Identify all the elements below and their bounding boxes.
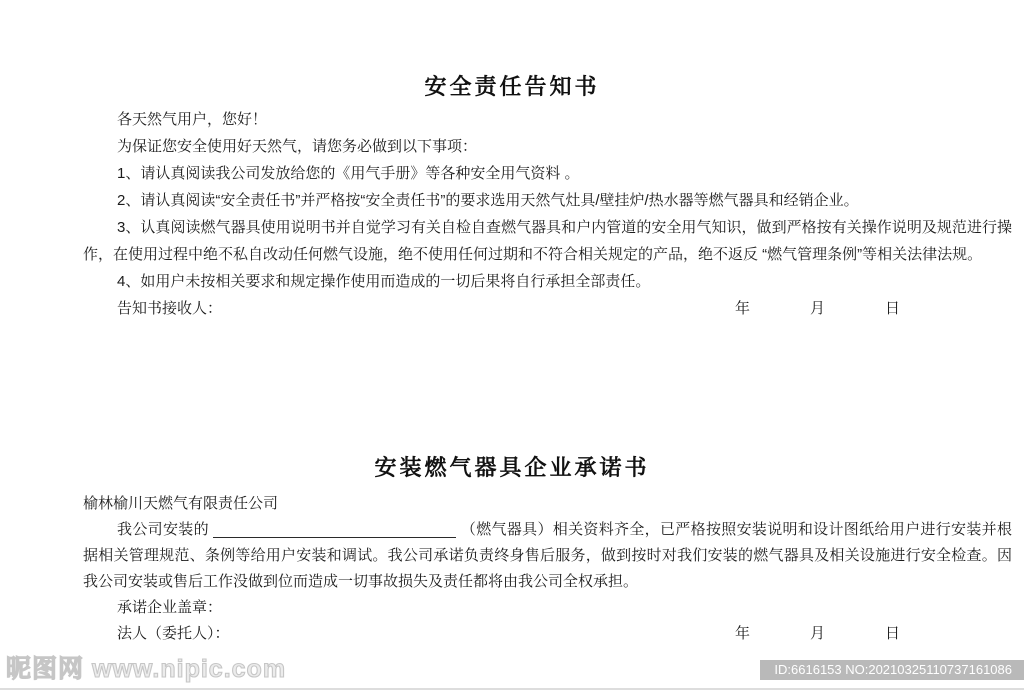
nipic-watermark-logo: 昵图网www.nipic.com — [6, 649, 286, 685]
legal-person-label: 法人（委托人）： — [117, 625, 230, 642]
commitment-sign-row: 法人（委托人）： 年 月 日 — [83, 621, 1012, 647]
notice-title: 安全责任告知书 — [0, 70, 1024, 101]
company-name: 榆林榆川天燃气有限责任公司 — [83, 491, 1012, 517]
notice-item: 4、如用户未按相关要求和规定操作使用而造成的一切后果将自行承担全部责任。 — [83, 268, 1012, 295]
notice-item: 2、请认真阅读“安全责任书”并严格按“安全责任书”的要求选用天然气灶具/壁挂炉/… — [83, 187, 1012, 214]
commitment-paragraph: 我公司安装的 （燃气器具）相关资料齐全，已严格按照安装说明和设计图纸给用户进行安… — [83, 517, 1012, 595]
document-page: 安全责任告知书 各天然气用户，您好！ 为保证您安全使用好天然气，请您务必做到以下… — [0, 0, 1024, 690]
notice-item: 3、认真阅读燃气器具使用说明书并自觉学习有关自检自查燃气器具和户内管道的安全用气… — [83, 214, 1012, 268]
day-label: 日 — [851, 621, 900, 647]
nipic-site-url: www.nipic.com — [92, 655, 286, 683]
notice-sign-row: 告知书接收人： 年 月 日 — [83, 295, 1012, 322]
month-label: 月 — [776, 621, 825, 647]
year-label: 年 — [701, 621, 750, 647]
notice-greeting: 各天然气用户，您好！ — [83, 106, 1012, 133]
commitment-body: 榆林榆川天燃气有限责任公司 我公司安装的 （燃气器具）相关资料齐全，已严格按照安… — [83, 491, 1012, 647]
fill-in-blank-line — [213, 522, 456, 538]
commitment-title: 安装燃气器具企业承诺书 — [0, 451, 1024, 482]
day-label: 日 — [851, 295, 900, 322]
commitment-text-prefix: 我公司安装的 — [117, 521, 209, 538]
seal-label: 承诺企业盖章： — [83, 595, 1012, 621]
year-label: 年 — [701, 295, 750, 322]
notice-item: 1、请认真阅读我公司发放给您的《用气手册》等各种安全用气资料 。 — [83, 160, 1012, 187]
notice-intro: 为保证您安全使用好天然气，请您务必做到以下事项： — [83, 133, 1012, 160]
commitment-date-group: 年 月 日 — [701, 621, 900, 647]
notice-date-group: 年 月 日 — [701, 295, 900, 322]
month-label: 月 — [776, 295, 825, 322]
image-id-badge: ID:6616153 NO:20210325110737161086 — [760, 660, 1024, 680]
recipient-label: 告知书接收人： — [117, 300, 222, 317]
notice-body: 各天然气用户，您好！ 为保证您安全使用好天然气，请您务必做到以下事项： 1、请认… — [83, 106, 1012, 322]
nipic-site-name: 昵图网 — [6, 655, 84, 683]
